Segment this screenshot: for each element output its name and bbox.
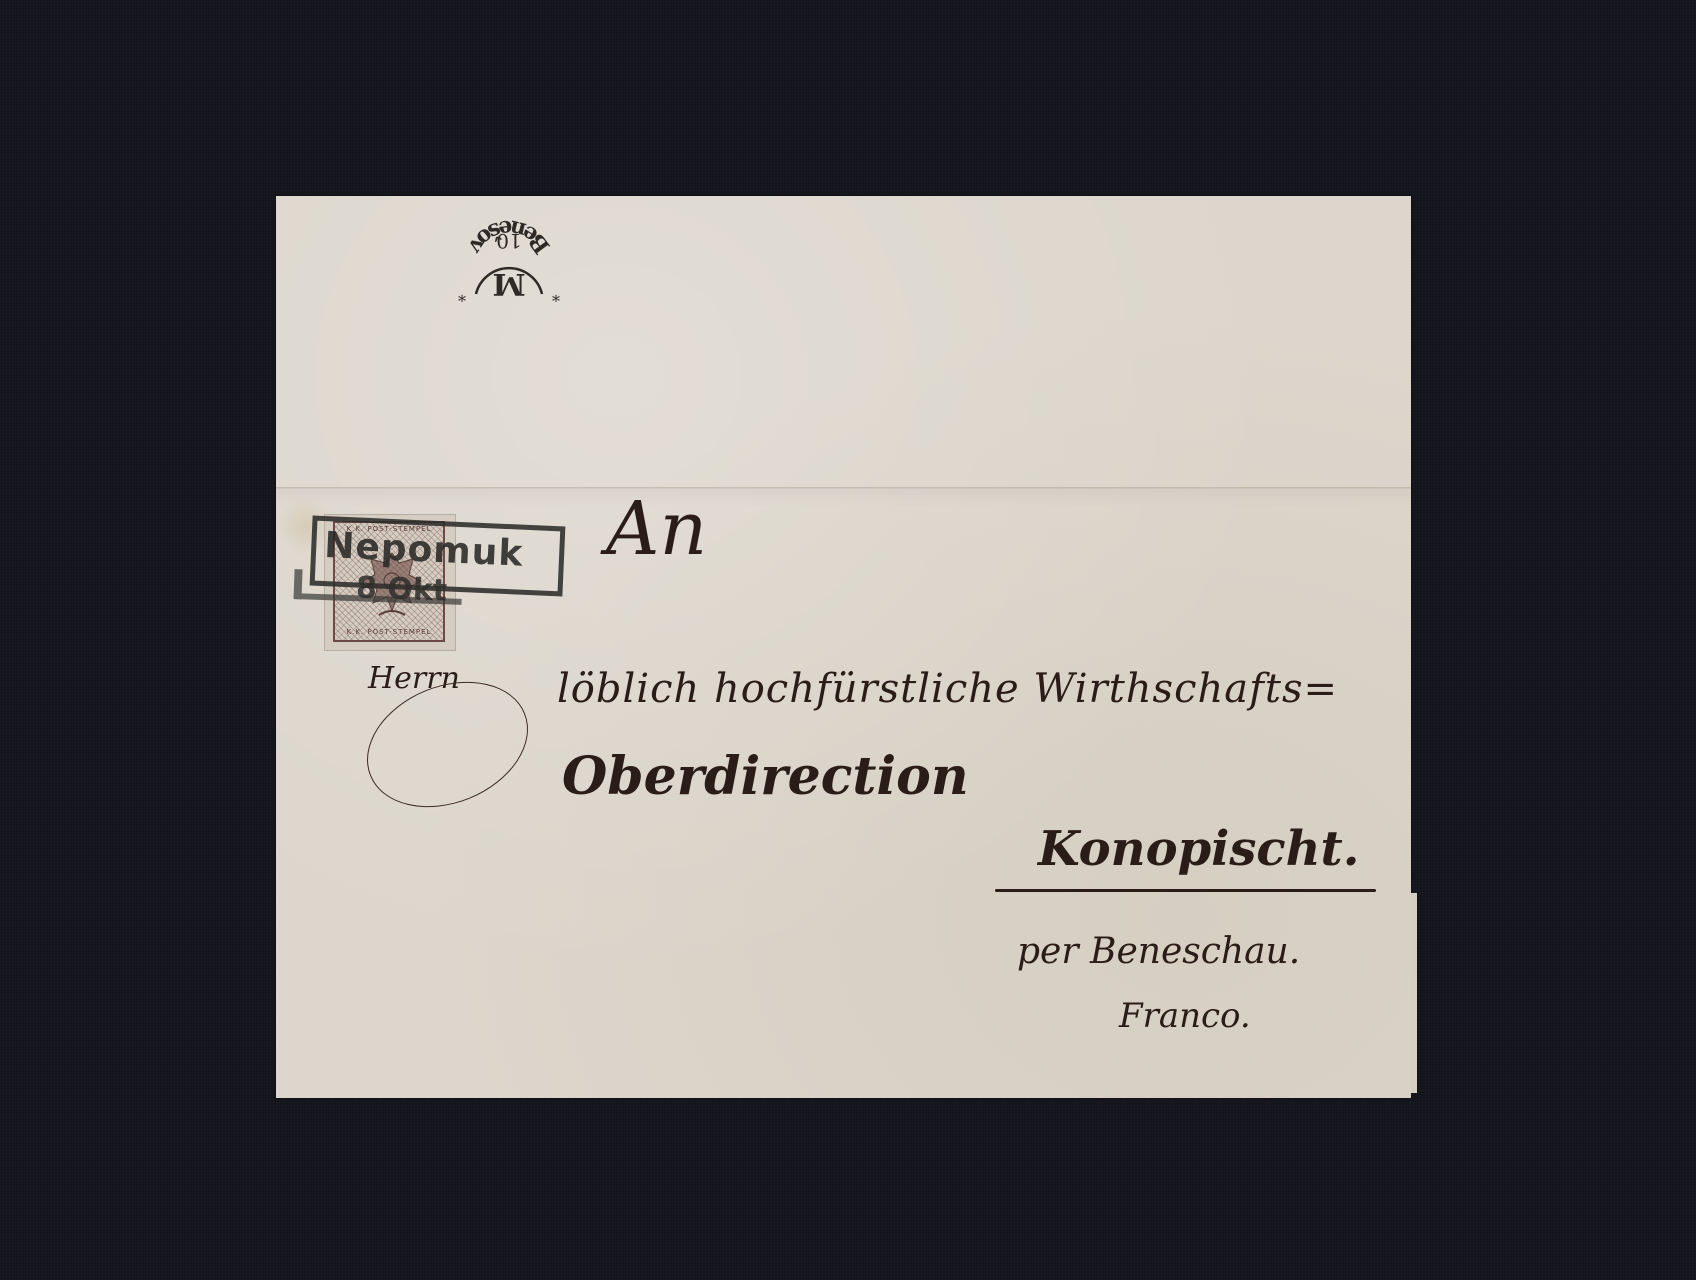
address-line-5: Franco. [1119, 996, 1251, 1036]
address-line-3: Konopischt. [1038, 821, 1359, 877]
folded-letter: Benešov M 10 * * K.K. POST-STEMPEL K.K. … [276, 196, 1411, 1098]
postmark-day: 10 [496, 229, 521, 253]
fold-line [276, 487, 1411, 490]
postmark-letter: M [492, 266, 525, 301]
cancel-town: Nepomuk [323, 525, 524, 575]
salutation: An [606, 486, 707, 572]
address-line-2: Oberdirection [562, 746, 969, 807]
address-underline [995, 889, 1376, 892]
address-line-1: löblich hochfürstliche Wirthschafts= [557, 666, 1338, 712]
benesov-postmark: Benešov M 10 * * [444, 206, 574, 336]
cancel-date: 8 Okt [355, 570, 447, 608]
postmark-star-right: * [458, 286, 466, 305]
address-line-4: per Beneschau. [1017, 931, 1300, 972]
flap-edge [1411, 893, 1417, 1093]
postmark-star-left: * [552, 286, 560, 305]
stamp-bottom-text: K.K. POST-STEMPEL [339, 628, 439, 638]
